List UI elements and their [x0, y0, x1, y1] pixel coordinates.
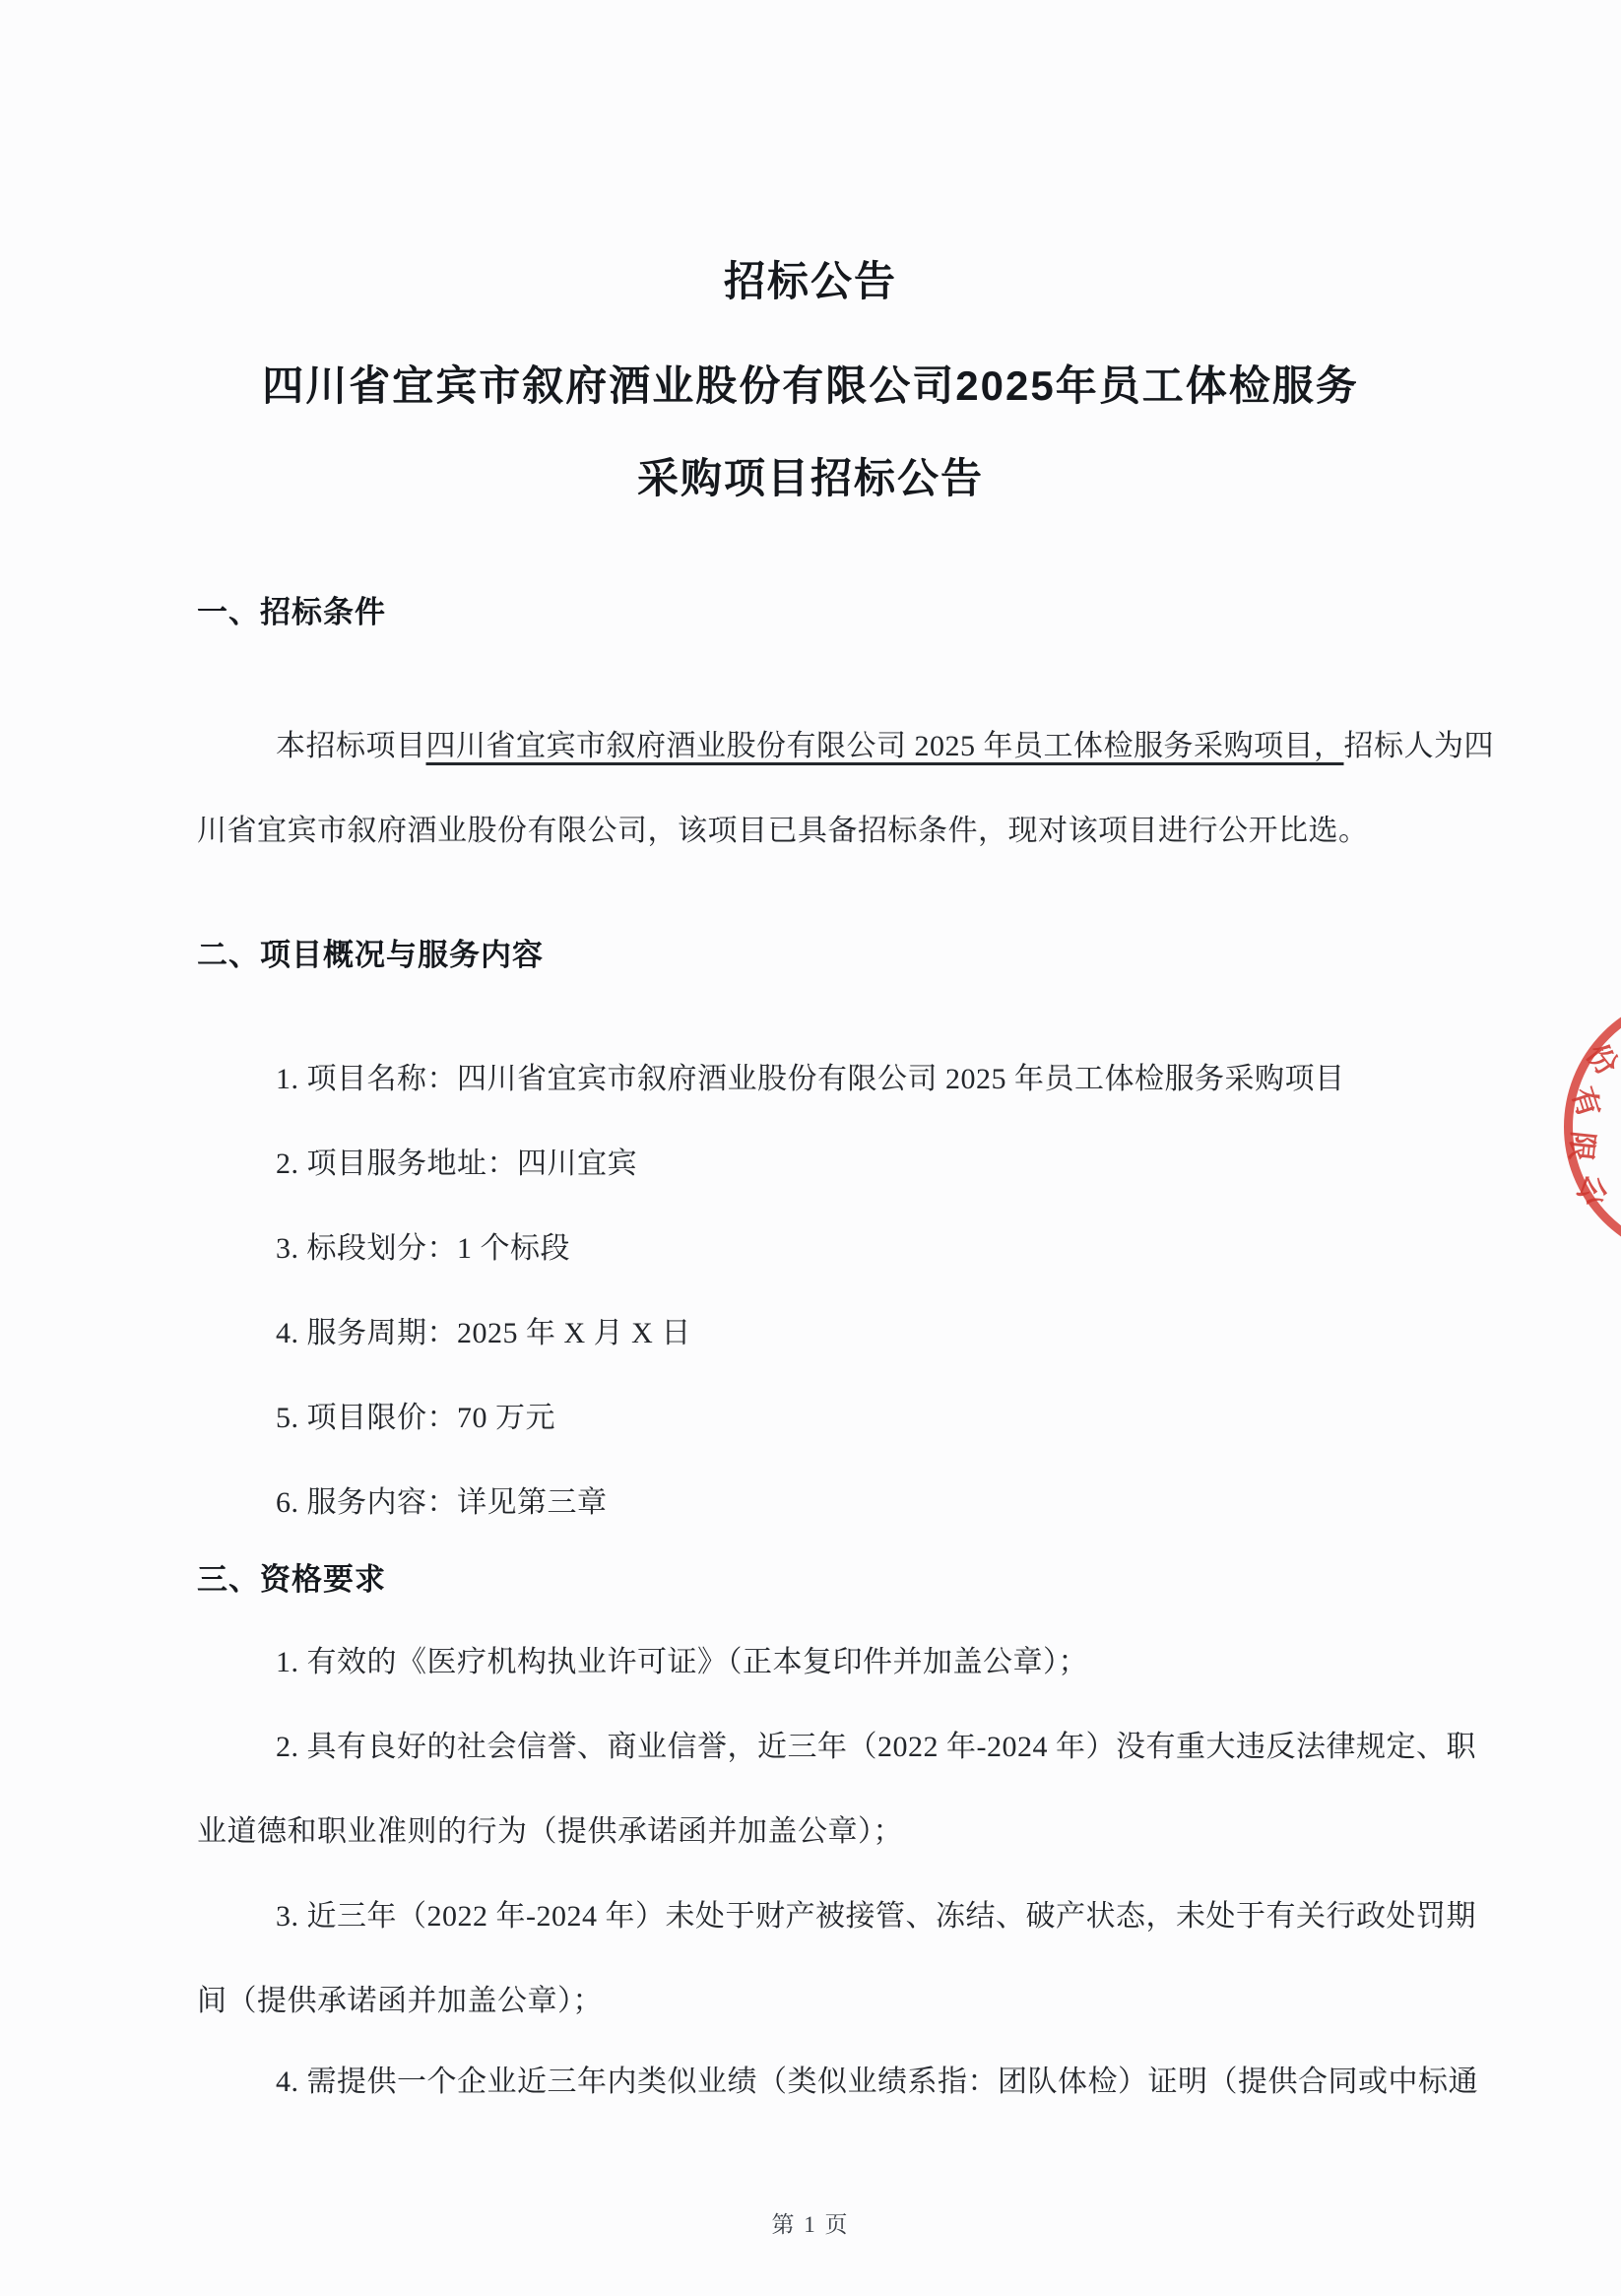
section3-item3-line1: 3. 近三年（2022 年-2024 年）未处于财产被接管、冻结、破产状态，未处…	[197, 1897, 1507, 1936]
section3-item1-line1: 1. 有效的《医疗机构执业许可证》（正本复印件并加盖公章）；	[197, 1643, 1507, 1682]
section3-item2-line2: 业道德和职业准则的行为（提供承诺函并加盖公章）；	[197, 1812, 1428, 1852]
section2-item-lot-division: 3. 标段划分：1 个标段	[197, 1229, 1507, 1269]
section2-item-service-period: 4. 服务周期：2025 年 X 月 X 日	[197, 1314, 1507, 1353]
page-number: 第 1 页	[0, 2206, 1621, 2239]
section1-line1-underlined-project-name: 四川省宜宾市叙府酒业股份有限公司 2025 年员工体检服务采购项目，	[426, 730, 1344, 762]
section1-line1-prefix: 本招标项目	[276, 730, 426, 762]
section1-heading: 一、招标条件	[197, 595, 1428, 630]
section3-item3-line2: 间（提供承诺函并加盖公章）；	[197, 1982, 1428, 2021]
page-subtitle-line2: 采购项目招标公告	[0, 455, 1621, 502]
section1-line1-suffix: 招标人为四	[1344, 730, 1495, 762]
section3-item2-line1: 2. 具有良好的社会信誉、商业信誉，近三年（2022 年-2024 年）没有重大…	[197, 1728, 1507, 1767]
section2-item-price-limit: 5. 项目限价：70 万元	[197, 1399, 1507, 1438]
section1-paragraph-line2: 川省宜宾市叙府酒业股份有限公司，该项目已具备招标条件，现对该项目进行公开比选。	[197, 812, 1428, 851]
section1-paragraph-line1: 本招标项目四川省宜宾市叙府酒业股份有限公司 2025 年员工体检服务采购项目，招…	[197, 727, 1507, 766]
company-seal-char: 限	[1562, 1130, 1608, 1163]
section2-item-service-content: 6. 服务内容：详见第三章	[197, 1483, 1507, 1523]
document-page: 招标公告 四川省宜宾市叙府酒业股份有限公司2025年员工体检服务 采购项目招标公…	[0, 0, 1621, 2296]
section2-heading: 二、项目概况与服务内容	[197, 938, 1428, 973]
section3-item4-line1: 4. 需提供一个企业近三年内类似业绩（类似业绩系指：团队体检）证明（提供合同或中…	[197, 2063, 1507, 2102]
page-subtitle-line1: 四川省宜宾市叙府酒业股份有限公司2025年员工体检服务	[0, 362, 1621, 410]
section3-heading: 三、资格要求	[197, 1562, 1428, 1598]
section2-item-service-address: 2. 项目服务地址：四川宜宾	[197, 1145, 1507, 1184]
page-title: 招标公告	[0, 258, 1621, 305]
section2-item-project-name: 1. 项目名称：四川省宜宾市叙府酒业股份有限公司 2025 年员工体检服务采购项…	[197, 1060, 1507, 1099]
